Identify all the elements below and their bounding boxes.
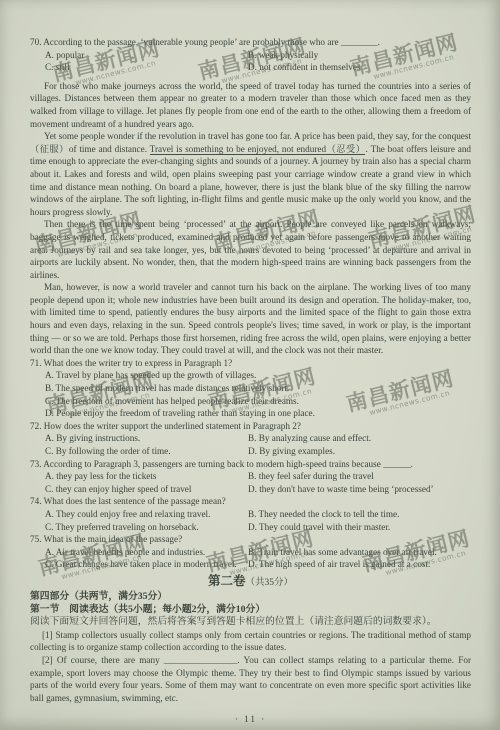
question-73-option-a: A. they pay less for the tickets [45, 470, 248, 483]
scanned-exam-page: 70. According to the passage, ‘vulnerabl… [0, 0, 500, 730]
question-71-option-a: A. Travel by plane has speeded up the gr… [45, 369, 471, 382]
passage-text: . The boat offers leisure and time enoug… [30, 144, 471, 217]
question-75-option-a: A. Air travel benefits people and indust… [45, 546, 248, 559]
underlined-statement: Travel is something to be enjoyed, not e… [150, 144, 366, 155]
question-73-options: A. they pay less for the tickets B. they… [30, 470, 471, 495]
question-70-option-b: B. weak physically [248, 49, 471, 62]
question-72-option-c: C. By following the order of time. [45, 445, 248, 458]
question-75-option-d: D. The high speed of air travel is gaine… [248, 558, 471, 571]
passage-paragraph-3: Then there is the time spent being ‘proc… [30, 218, 471, 281]
part-4-heading: 第四部分（共两节，满分35分） [30, 591, 471, 604]
question-74-option-a: A. They could enjoy free and relaxing tr… [45, 508, 248, 521]
question-71-option-b: B. The speed of modern travel has made d… [45, 382, 471, 395]
question-72-option-d: D. By giving examples. [248, 445, 471, 458]
passage-paragraph-1: For those who make journeys across the w… [30, 80, 471, 130]
question-74-stem: 74. What does the last sentence of the p… [30, 495, 471, 508]
volume-2-title: 第二卷 [208, 574, 246, 588]
question-70-option-d: D. not confident in themselves [248, 61, 471, 74]
stamp-paragraph-1: [1] Stamp collectors usually collect sta… [30, 629, 471, 654]
fill-in-blank: ________________ [164, 655, 238, 665]
section-1-heading: 第一节 阅读表达（共5小题；每小题2分，满分10分） [30, 604, 471, 617]
volume-2-heading: 第二卷（共35分） [30, 574, 471, 591]
question-72-stem: 72. How does the writer support the unde… [30, 420, 471, 433]
question-72: 72. How does the writer support the unde… [30, 420, 471, 458]
question-71-options: A. Travel by plane has speeded up the gr… [30, 369, 471, 419]
passage-paragraph-4: Man, however, is now a world traveler an… [30, 281, 471, 357]
page-content: 70. According to the passage, ‘vulnerabl… [30, 36, 471, 726]
question-70-option-c: C. still [45, 61, 248, 74]
question-71-option-d: D. People enjoy the freedom of traveling… [45, 407, 471, 420]
question-72-option-b: B. By analyzing cause and effect. [248, 432, 471, 445]
stamp-paragraph-2-text: [2] Of course, there are many [42, 655, 164, 665]
question-74: 74. What does the last sentence of the p… [30, 495, 471, 533]
question-73: 73. According to Paragraph 3, passengers… [30, 458, 471, 496]
question-70: 70. According to the passage, ‘vulnerabl… [30, 36, 471, 74]
question-70-options: A. popular B. weak physically C. still D… [30, 49, 471, 74]
question-74-option-c: C. They preferred traveling on horseback… [45, 521, 248, 534]
question-75-option-c: C. Great changes have taken place in mod… [45, 558, 248, 571]
stamp-paragraph-2: [2] Of course, there are many __________… [30, 654, 471, 704]
question-75: 75. What is the main idea of the passage… [30, 533, 471, 571]
question-75-stem: 75. What is the main idea of the passage… [30, 533, 471, 546]
question-74-option-b: B. They needed the clock to tell the tim… [248, 508, 471, 521]
question-70-stem: 70. According to the passage, ‘vulnerabl… [30, 36, 471, 49]
question-73-option-b: B. they feel safer during the travel [248, 470, 471, 483]
question-71-stem: 71. What does the writer try to express … [30, 357, 471, 370]
question-70-option-a: A. popular [45, 49, 248, 62]
question-74-options: A. They could enjoy free and relaxing tr… [30, 508, 471, 533]
question-73-option-d: D. they don't have to waste time being ‘… [248, 483, 471, 496]
question-72-option-a: A. By giving instructions. [45, 432, 248, 445]
question-72-options: A. By giving instructions. B. By analyzi… [30, 432, 471, 457]
question-75-option-b: B. Train travel has some advantages over… [248, 546, 471, 559]
question-73-stem: 73. According to Paragraph 3, passengers… [30, 458, 471, 471]
question-73-option-c: C. they can enjoy higher speed of travel [45, 483, 248, 496]
passage-paragraph-2: Yet some people wonder if the revolution… [30, 130, 471, 218]
question-71-option-c: C. The freedom of movement has helped pe… [45, 395, 471, 408]
question-71: 71. What does the writer try to express … [30, 357, 471, 420]
question-74-option-d: D. They could travel with their master. [248, 521, 471, 534]
task-instruction: 阅读下面短文并回答问题，然后将答案写到答题卡相应的位置上（请注意问题后的词数要求… [30, 616, 471, 629]
page-number: · 11 · [30, 713, 471, 726]
question-75-options: A. Air travel benefits people and indust… [30, 546, 471, 571]
volume-2-score-note: （共35分） [246, 578, 294, 588]
